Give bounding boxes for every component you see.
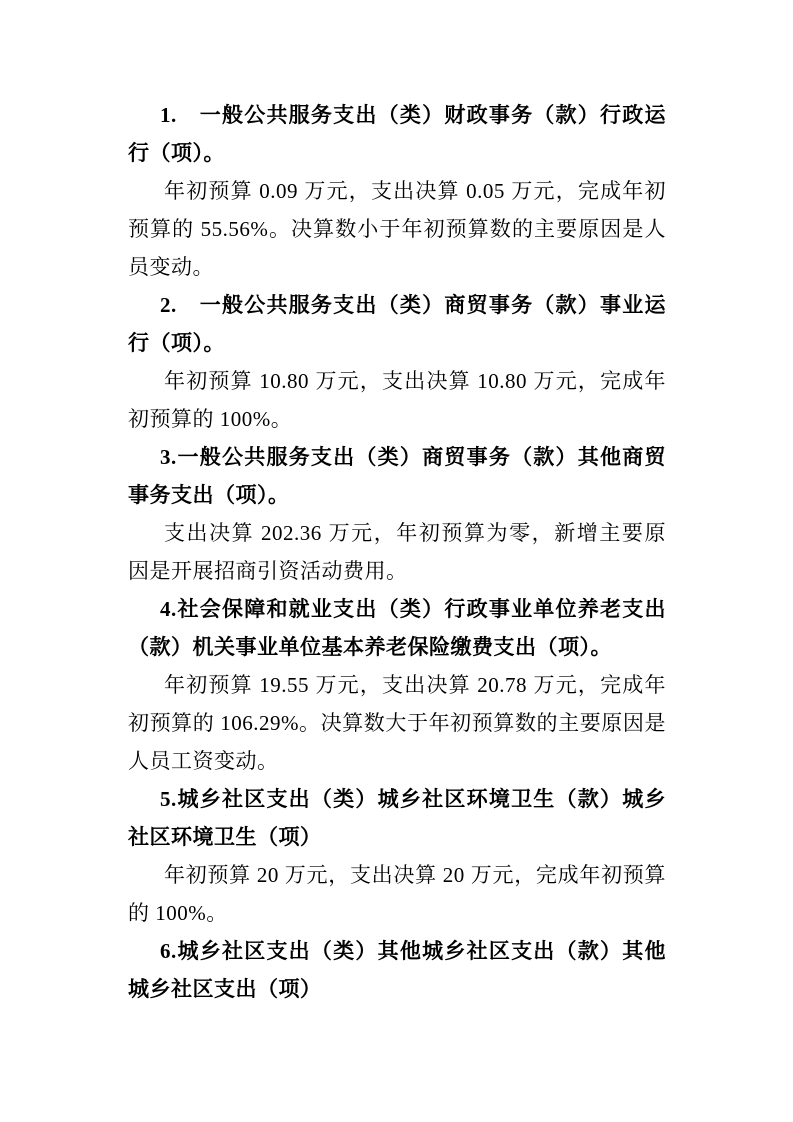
section-4: 4.社会保障和就业支出（类）行政事业单位养老支出（款）机关事业单位基本养老保险缴…	[128, 590, 666, 780]
section-5-heading: 5.城乡社区支出（类）城乡社区环境卫生（款）城乡社区环境卫生（项）	[128, 780, 666, 856]
document-page: 1. 一般公共服务支出（类）财政事务（款）行政运行（项）。 年初预算 0.09 …	[0, 0, 793, 1122]
section-2: 2. 一般公共服务支出（类）商贸事务（款）事业运行（项）。 年初预算 10.80…	[128, 286, 666, 438]
section-6: 6.城乡社区支出（类）其他城乡社区支出（款）其他城乡社区支出（项）	[128, 932, 666, 1008]
section-5-body: 年初预算 20 万元，支出决算 20 万元，完成年初预算的 100%。	[128, 856, 666, 932]
section-4-heading: 4.社会保障和就业支出（类）行政事业单位养老支出（款）机关事业单位基本养老保险缴…	[128, 590, 666, 666]
section-2-body: 年初预算 10.80 万元，支出决算 10.80 万元，完成年初预算的 100%…	[128, 362, 666, 438]
section-6-heading: 6.城乡社区支出（类）其他城乡社区支出（款）其他城乡社区支出（项）	[128, 932, 666, 1008]
section-2-heading: 2. 一般公共服务支出（类）商贸事务（款）事业运行（项）。	[128, 286, 666, 362]
section-3-heading: 3.一般公共服务支出（类）商贸事务（款）其他商贸事务支出（项）。	[128, 438, 666, 514]
section-5: 5.城乡社区支出（类）城乡社区环境卫生（款）城乡社区环境卫生（项） 年初预算 2…	[128, 780, 666, 932]
section-3-body: 支出决算 202.36 万元，年初预算为零，新增主要原因是开展招商引资活动费用。	[128, 514, 666, 590]
section-1-heading: 1. 一般公共服务支出（类）财政事务（款）行政运行（项）。	[128, 96, 666, 172]
section-4-body: 年初预算 19.55 万元，支出决算 20.78 万元，完成年初预算的 106.…	[128, 666, 666, 780]
section-1: 1. 一般公共服务支出（类）财政事务（款）行政运行（项）。 年初预算 0.09 …	[128, 96, 666, 286]
section-3: 3.一般公共服务支出（类）商贸事务（款）其他商贸事务支出（项）。 支出决算 20…	[128, 438, 666, 590]
section-1-body: 年初预算 0.09 万元，支出决算 0.05 万元，完成年初预算的 55.56%…	[128, 172, 666, 286]
